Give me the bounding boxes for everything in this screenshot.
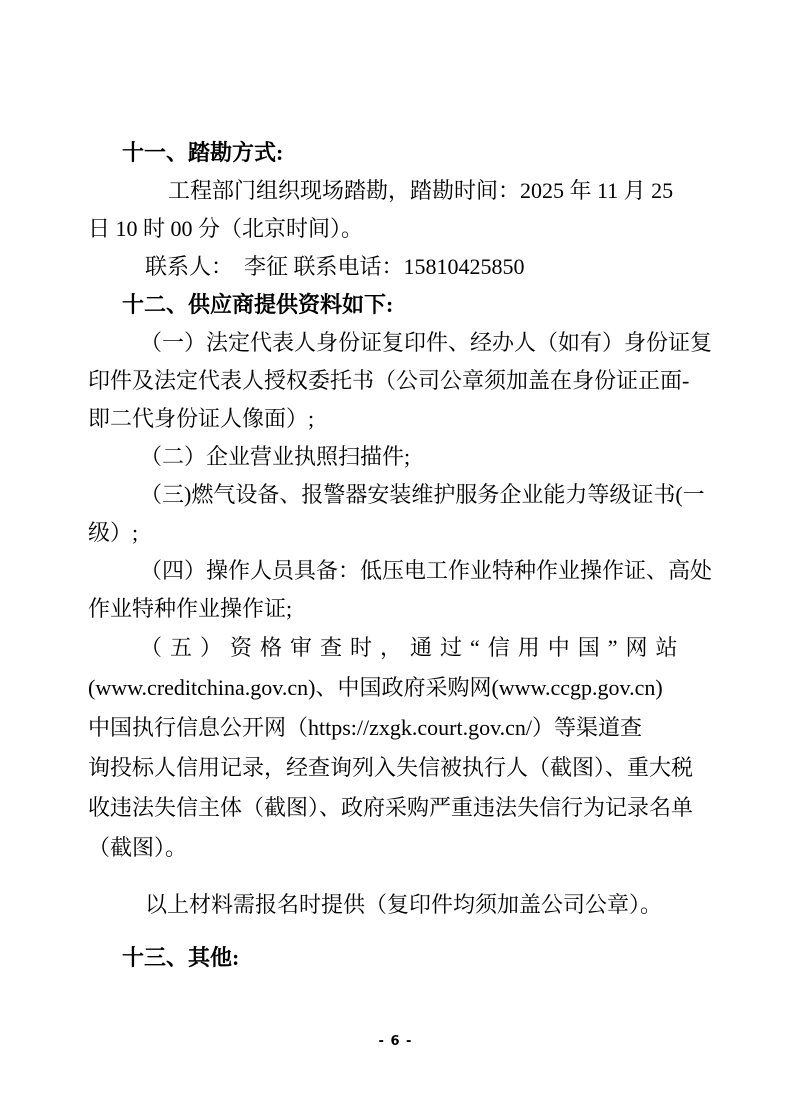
item-3-line-1: （三)燃气设备、报警器安装维护服务企业能力等级证书(一: [88, 476, 710, 514]
item-5-line-5: 收违法失信主体（截图）、政府采购严重违法失信行为记录名单: [88, 788, 710, 828]
item-2-line: （二）企业营业执照扫描件;: [88, 438, 710, 476]
item-1-line-2: 印件及法定代表人授权委托书（公司公章须加盖在身份证正面-: [88, 362, 710, 400]
document-page: 十一、踏勘方式: 工程部门组织现场踏勘，踏勘时间：2025 年 11 月 25 …: [0, 0, 791, 1120]
item-3-line-2: 级）;: [88, 514, 710, 552]
page-footer: - 6 -: [0, 1032, 791, 1050]
materials-note-line: 以上材料需报名时提供（复印件均须加盖公司公章）。: [88, 886, 710, 924]
section-11-heading: 十一、踏勘方式:: [88, 134, 710, 172]
item-5-line-2: (www.creditchina.gov.cn)、中国政府采购网(www.ccg…: [88, 668, 710, 708]
item-5-line-3: 中国执行信息公开网（https://zxgk.court.gov.cn/）等渠道…: [88, 708, 710, 748]
document-body: 十一、踏勘方式: 工程部门组织现场踏勘，踏勘时间：2025 年 11 月 25 …: [88, 134, 710, 977]
item-1-line-3: 即二代身份证人像面）;: [88, 400, 710, 438]
page-number: - 6 -: [379, 1034, 413, 1049]
site-survey-paragraph-line-1: 工程部门组织现场踏勘，踏勘时间：2025 年 11 月 25: [88, 172, 710, 210]
site-survey-paragraph-line-2: 日 10 时 00 分（北京时间）。: [88, 210, 710, 248]
section-12-heading: 十二、供应商提供资料如下:: [88, 286, 710, 324]
contact-line: 联系人： 李征 联系电话：15810425850: [88, 248, 710, 286]
item-4-line-2: 作业特种作业操作证;: [88, 590, 710, 628]
item-5-line-1: （五）资格审查时，通过“信用中国”网站: [88, 628, 710, 668]
section-13-heading: 十三、其他:: [88, 939, 710, 977]
item-1-line-1: （一）法定代表人身份证复印件、经办人（如有）身份证复: [88, 324, 710, 362]
item-5-line-6: （截图）。: [88, 828, 710, 868]
item-5-line-4: 询投标人信用记录，经查询列入失信被执行人（截图）、重大税: [88, 748, 710, 788]
item-4-line-1: （四）操作人员具备：低压电工作业特种作业操作证、高处: [88, 552, 710, 590]
